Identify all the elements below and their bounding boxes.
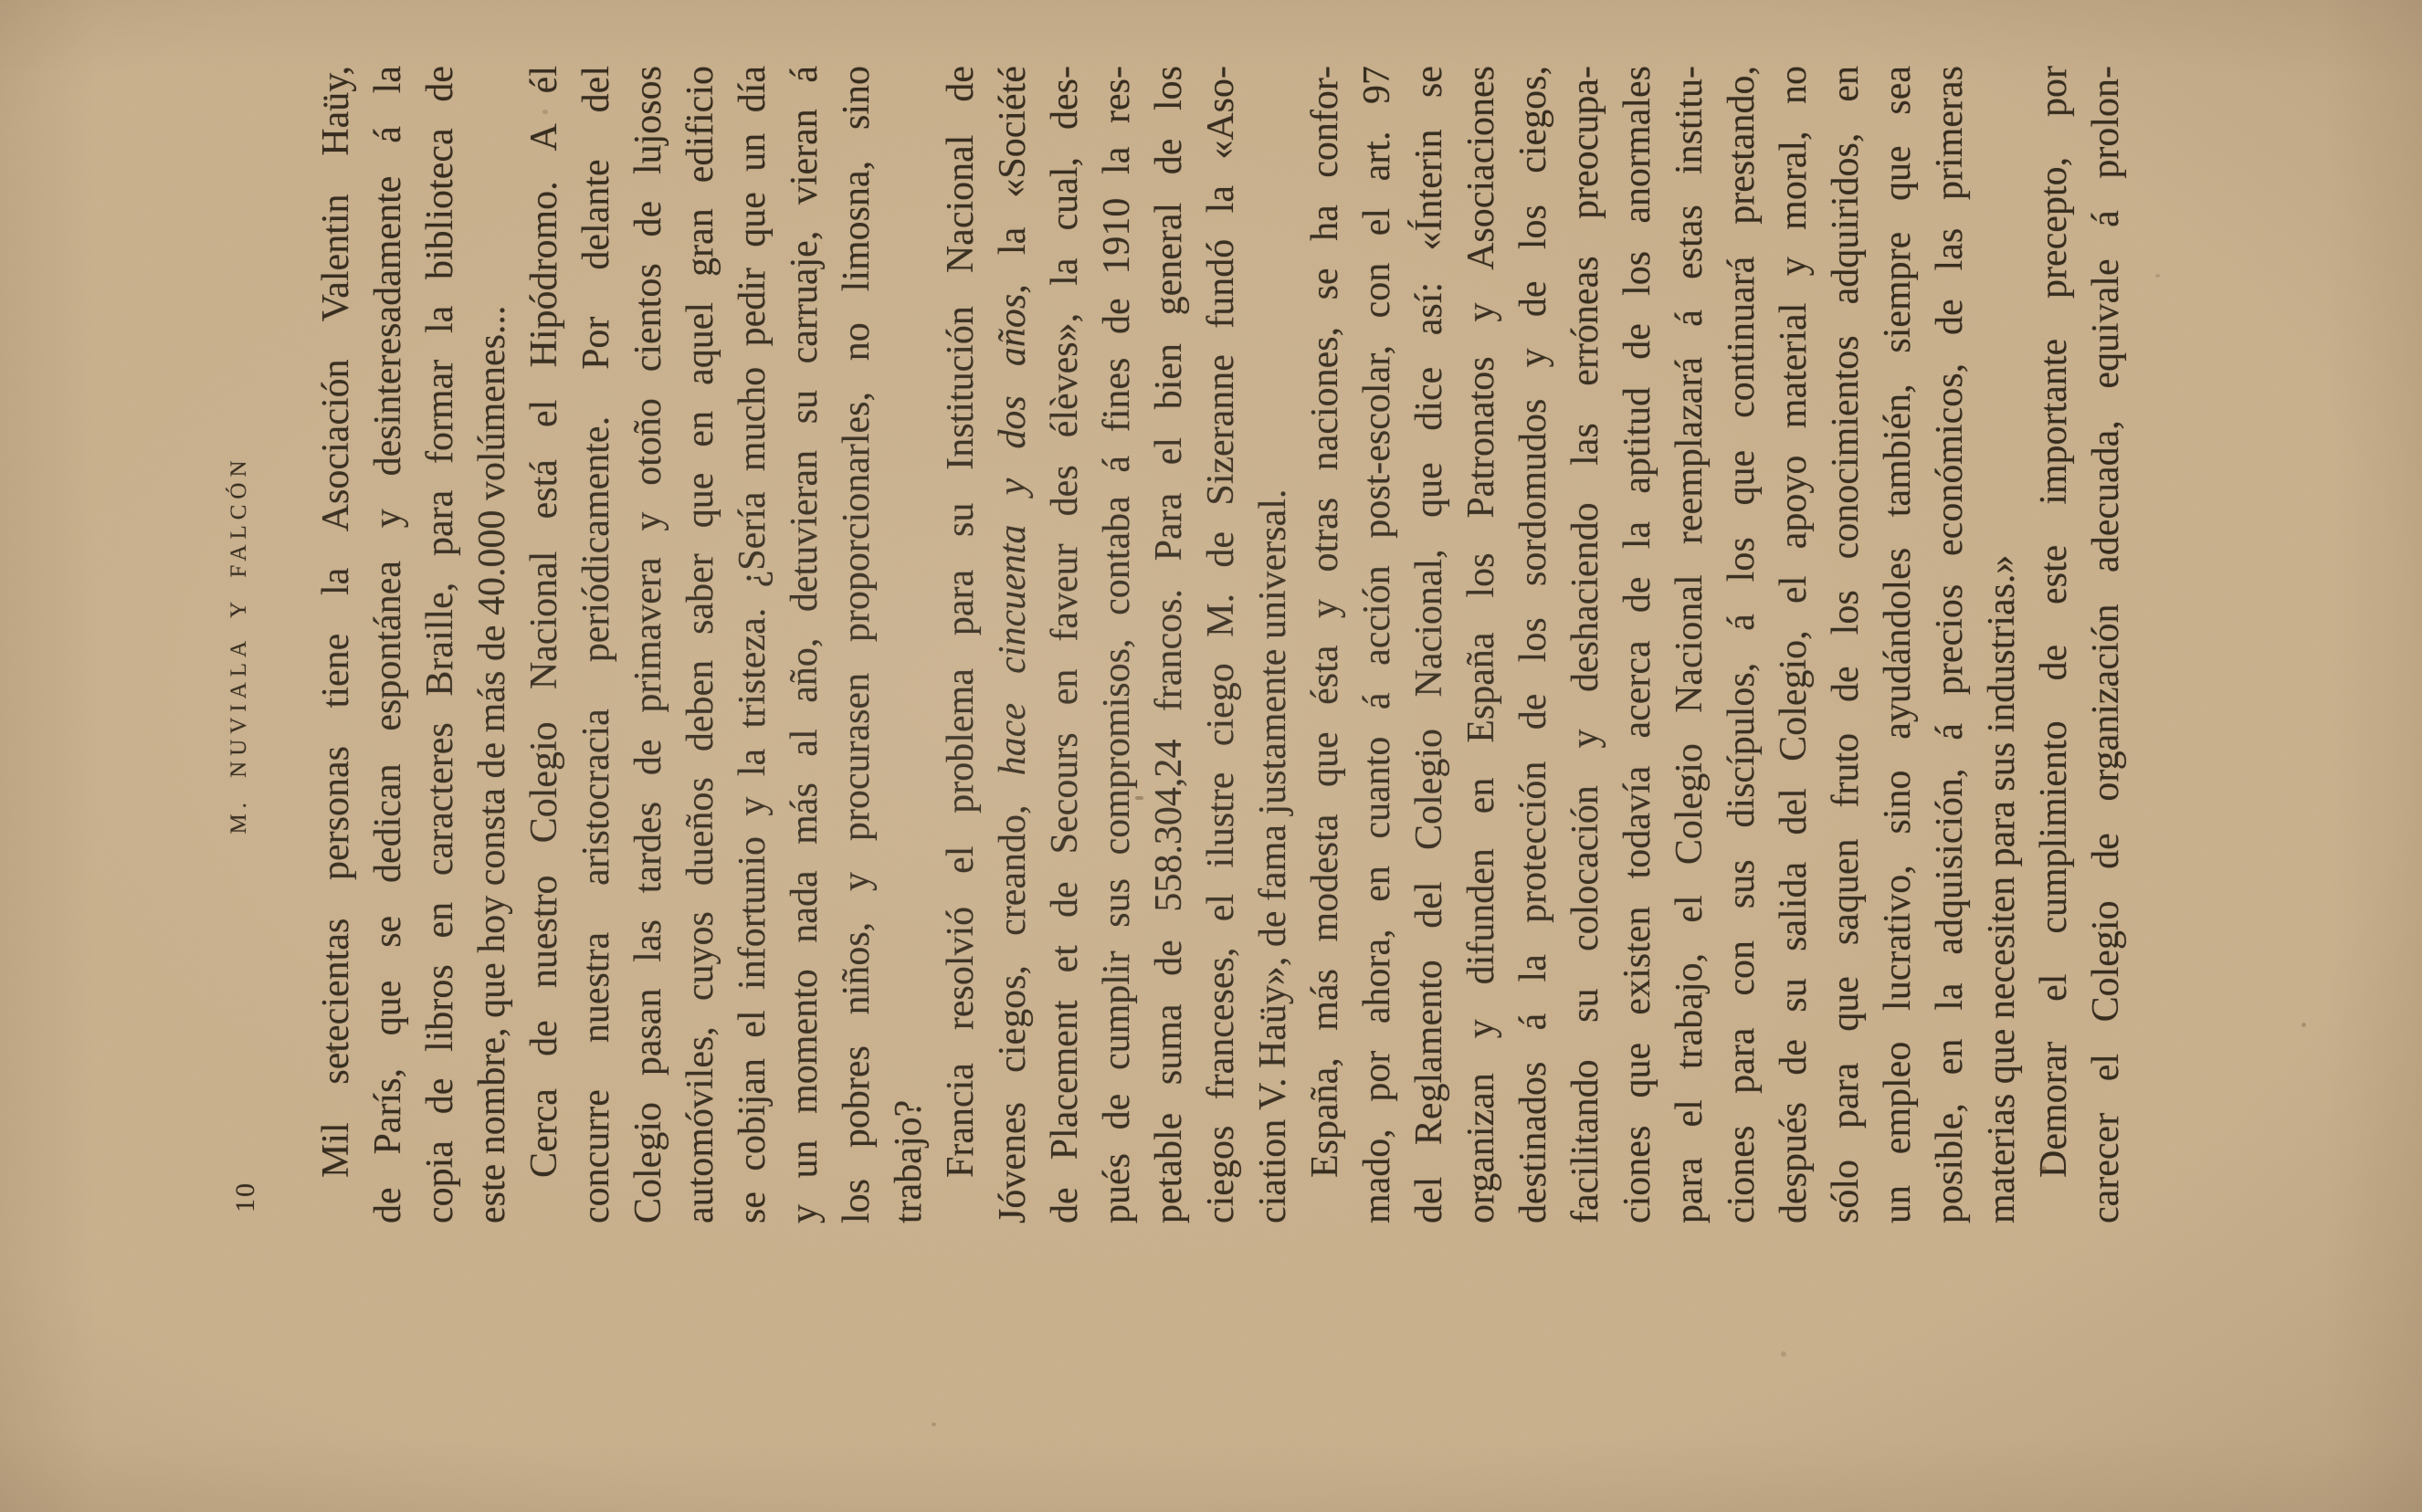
text-line: ciones para con sus discípulos, á los qu…	[1716, 66, 1768, 1223]
text-line: facilitando su colocación y deshaciendo …	[1560, 66, 1612, 1223]
text-line: trabajo?	[883, 66, 935, 1223]
text-line: Jóvenes ciegos, creando, hace cincuenta …	[987, 66, 1039, 1223]
page-portrait-content: 10 M. NUVIALA Y FALCÓN Mil setecientas p…	[0, 0, 2422, 1512]
page-number: 10	[230, 1181, 261, 1213]
text-line: Mil setecientas personas tiene la Asocia…	[311, 66, 363, 1223]
text-line: sólo para que saquen fruto de los conoci…	[1820, 66, 1872, 1223]
running-header-row: 10 M. NUVIALA Y FALCÓN	[226, 66, 265, 1223]
text-line: concurre nuestra aristocracia periódicam…	[571, 66, 623, 1223]
text-line: posible, en la adquisición, á precios ec…	[1924, 66, 1976, 1223]
text-line: carecer el Colegio de organización adecu…	[2080, 66, 2132, 1223]
text-line: España, más modesta que ésta y otras nac…	[1300, 66, 1352, 1223]
text-line: materias que necesiten para sus industri…	[1976, 66, 2028, 1223]
text-line: copia de libros en caracteres Braille, p…	[415, 66, 467, 1223]
text-line: Francia resolvió el problema para su Ins…	[935, 66, 987, 1223]
text-line: ciegos franceses, el ilustre ciego M. de…	[1195, 66, 1248, 1223]
text-line: de Placement et de Secours en faveur des…	[1039, 66, 1091, 1223]
body-text: Mil setecientas personas tiene la Asocia…	[311, 66, 2132, 1223]
text-line: se cobijan el infortunio y la tristeza. …	[727, 66, 779, 1223]
text-line: ciones que existen todavía acerca de la …	[1612, 66, 1664, 1223]
text-line: del Reglamento del Colegio Nacional, que…	[1404, 66, 1456, 1223]
text-line: Demorar el cumplimiento de este importan…	[2028, 66, 2080, 1223]
text-line: organizan y difunden en España los Patro…	[1456, 66, 1508, 1223]
text-line: destinados á la protección de los sordom…	[1508, 66, 1560, 1223]
text-line: Cerca de nuestro Colegio Nacional está e…	[519, 66, 571, 1223]
text-line: automóviles, cuyos dueños deben saber qu…	[675, 66, 727, 1223]
text-line: después de su salida del Colegio, el apo…	[1768, 66, 1820, 1223]
text-line: pués de cumplir sus compromisos, contaba…	[1091, 66, 1143, 1223]
running-header: M. NUVIALA Y FALCÓN	[226, 66, 252, 1223]
scanned-book-page: 10 M. NUVIALA Y FALCÓN Mil setecientas p…	[0, 0, 2422, 1512]
text-line: para el trabajo, el Colegio Nacional ree…	[1664, 66, 1716, 1223]
text-line: petable suma de 558.304,24 francos. Para…	[1143, 66, 1195, 1223]
text-line: Colegio pasan las tardes de primavera y …	[623, 66, 675, 1223]
text-line: este nombre, que hoy consta de más de 40…	[467, 66, 519, 1223]
text-line: un empleo lucrativo, sino ayudándoles ta…	[1872, 66, 1924, 1223]
text-line: ciation V. Haüy», de fama justamente uni…	[1248, 66, 1300, 1223]
text-line: y un momento nada más al año, detuvieran…	[779, 66, 831, 1223]
text-line: de París, que se dedican espontánea y de…	[363, 66, 415, 1223]
text-line: mado, por ahora, en cuanto á acción post…	[1352, 66, 1404, 1223]
text-line: los pobres niños, y procurasen proporcio…	[831, 66, 883, 1223]
